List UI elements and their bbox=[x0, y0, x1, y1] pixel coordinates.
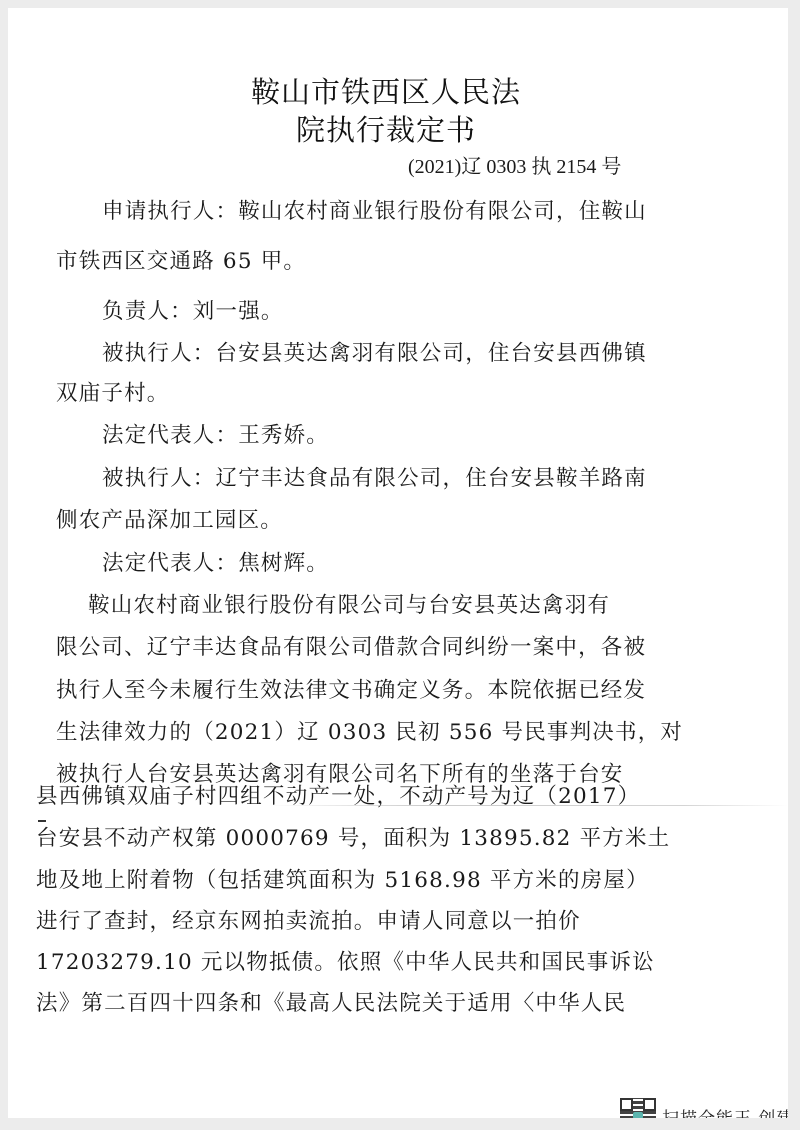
paragraph-line: 法》第二百四十四条和《最高人民法院关于适用〈中华人民 bbox=[36, 986, 626, 1017]
paragraph-line: 申请执行人：鞍山农村商业银行股份有限公司，住鞍山 bbox=[102, 194, 647, 225]
paragraph-line: 双庙子村。 bbox=[56, 376, 170, 407]
paragraph-line: 被执行人：辽宁丰达食品有限公司，住台安县鞍羊路南 bbox=[102, 461, 647, 492]
paragraph-line: 执行人至今未履行生效法律文书确定义务。本院依据已经发 bbox=[56, 673, 646, 704]
paragraph-line: 台安县不动产权第 0000769 号，面积为 13895.82 平方米土 bbox=[36, 821, 670, 852]
document-title-line-1: 鞍山市铁西区人民法 bbox=[251, 70, 521, 111]
case-number: (2021)辽 0303 执 2154 号 bbox=[408, 150, 621, 179]
paragraph-line: 法定代表人：王秀娇。 bbox=[102, 418, 329, 449]
paragraph-line: 进行了查封，经京东网拍卖流拍。申请人同意以一拍价 bbox=[36, 904, 581, 935]
paragraph-line: 被执行人：台安县英达禽羽有限公司，住台安县西佛镇 bbox=[102, 336, 647, 367]
watermark-text: 扫描全能王 创建 bbox=[662, 1104, 788, 1119]
paragraph-line: 法定代表人：焦树辉。 bbox=[102, 546, 329, 577]
paragraph-line: 侧农产品深加工园区。 bbox=[56, 503, 283, 534]
page-bottom-margin bbox=[0, 1118, 800, 1130]
paragraph-line: 鞍山农村商业银行股份有限公司与台安县英达禽羽有 bbox=[88, 588, 610, 619]
scan-artifact-line bbox=[268, 805, 788, 806]
paragraph-line: 市铁西区交通路 65 甲。 bbox=[56, 244, 306, 275]
paragraph-line: 地及地上附着物（包括建筑面积为 5168.98 平方米的房屋） bbox=[36, 863, 649, 894]
qr-code-icon bbox=[620, 1098, 656, 1118]
paragraph-line: 生法律效力的（2021）辽 0303 民初 556 号民事判决书，对 bbox=[56, 715, 683, 746]
paragraph-line: 负责人：刘一强。 bbox=[102, 294, 284, 325]
scan-artifact-mark bbox=[38, 820, 46, 822]
scanned-document-page: 鞍山市铁西区人民法 院执行裁定书 (2021)辽 0303 执 2154 号 申… bbox=[8, 8, 788, 1118]
scanner-watermark: 扫描全能王 创建 bbox=[620, 1098, 788, 1118]
document-title-line-2: 院执行裁定书 bbox=[296, 108, 476, 149]
paragraph-line: 限公司、辽宁丰达食品有限公司借款合同纠纷一案中，各被 bbox=[56, 630, 646, 661]
paragraph-line: 17203279.10 元以物抵债。依照《中华人民共和国民事诉讼 bbox=[36, 945, 655, 976]
